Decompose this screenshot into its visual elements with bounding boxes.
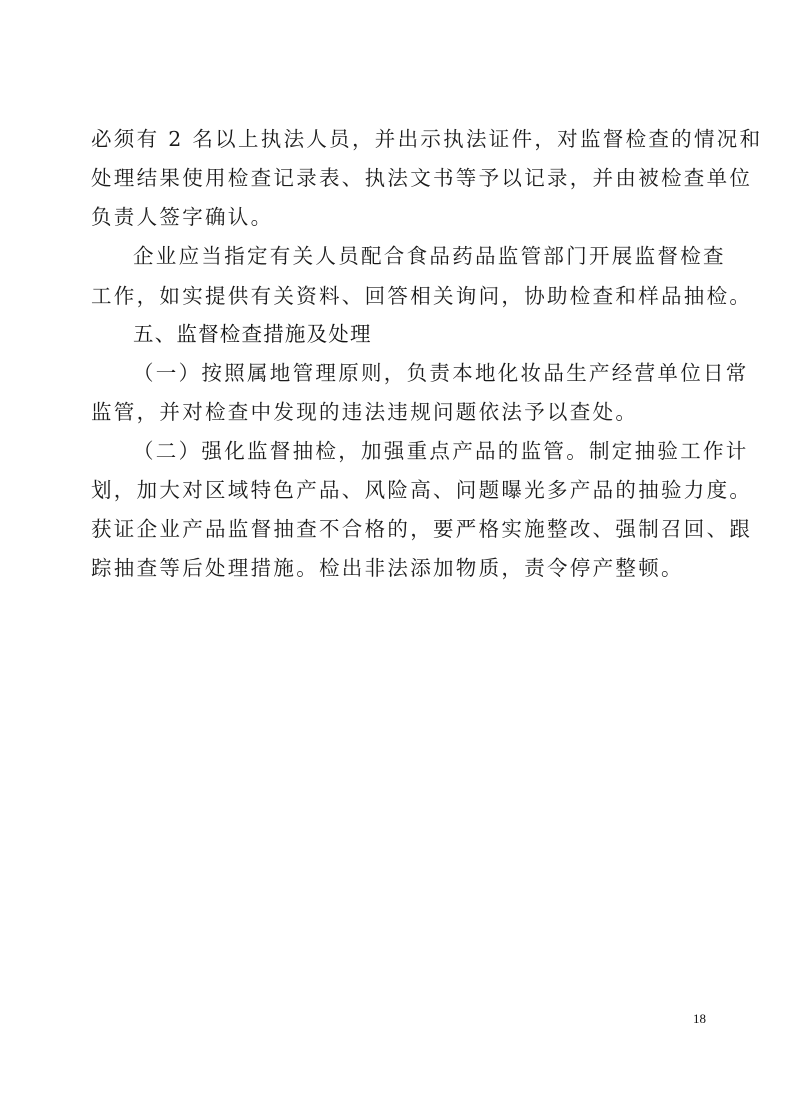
section-paragraph-1-line-2: 监管，并对检查中发现的违法违规问题依法予以查处。: [91, 392, 711, 432]
paragraph-1-line-2: 处理结果使用检查记录表、执法文书等予以记录，并由被检查单位: [91, 158, 711, 198]
document-page: 必须有 2 名以上执法人员，并出示执法证件，对监督检查的情况和 处理结果使用检查…: [0, 0, 793, 1096]
paragraph-1-line-3: 负责人签字确认。: [91, 197, 711, 237]
section-paragraph-2-line-3: 获证企业产品监督抽查不合格的，要严格实施整改、强制召回、跟: [91, 509, 711, 549]
paragraph-2-line-1: 企业应当指定有关人员配合食品药品监管部门开展监督检查: [133, 236, 753, 276]
section-paragraph-1-line-1: （一）按照属地管理原则，负责本地化妆品生产经营单位日常: [133, 353, 753, 393]
section-heading: 五、监督检查措施及处理: [133, 314, 372, 354]
paragraph-2-line-2: 工作，如实提供有关资料、回答相关询问，协助检查和样品抽检。: [91, 276, 711, 316]
section-paragraph-2-line-2: 划，加大对区域特色产品、风险高、问题曝光多产品的抽验力度。: [91, 470, 711, 510]
page-number: 18: [693, 1011, 706, 1027]
section-paragraph-2-line-4: 踪抽查等后处理措施。检出非法添加物质，责令停产整顿。: [91, 548, 711, 588]
section-paragraph-2-line-1: （二）强化监督抽检，加强重点产品的监管。制定抽验工作计: [133, 431, 753, 471]
paragraph-1-line-1: 必须有 2 名以上执法人员，并出示执法证件，对监督检查的情况和: [91, 119, 711, 159]
